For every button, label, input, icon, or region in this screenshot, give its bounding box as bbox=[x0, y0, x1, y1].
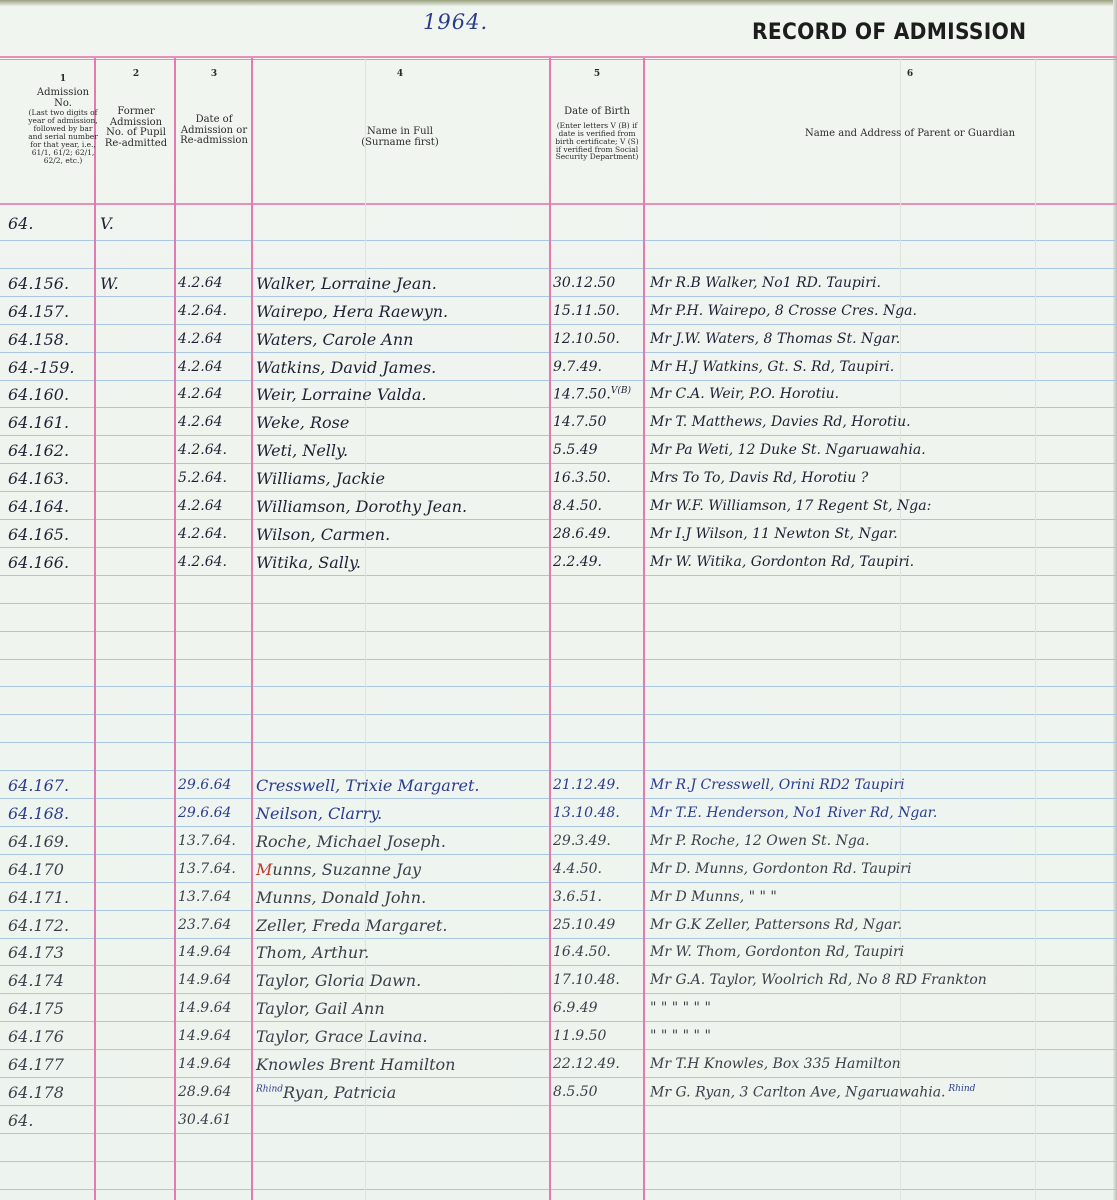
pupil-name: Waters, Carole Ann bbox=[256, 332, 413, 348]
verification-mark: V(B) bbox=[611, 386, 631, 396]
pupil-name: Wairepo, Hera Raewyn. bbox=[256, 304, 448, 320]
admission-date: 4.2.64 bbox=[178, 360, 223, 374]
date-of-birth: 2.2.49. bbox=[553, 555, 602, 569]
ruled-line bbox=[0, 714, 1117, 715]
date-of-birth: 29.3.49. bbox=[553, 834, 611, 848]
ruled-line bbox=[0, 352, 1117, 353]
ruled-line bbox=[0, 854, 1117, 855]
section-admission-prefix: 64. bbox=[8, 216, 33, 232]
date-of-birth: 28.6.49. bbox=[553, 527, 611, 541]
ruled-line bbox=[0, 1105, 1117, 1106]
header-top-rule-2 bbox=[0, 59, 1117, 60]
ruled-line bbox=[0, 1189, 1117, 1190]
header-bottom-rule bbox=[0, 203, 1117, 205]
ruled-line bbox=[0, 296, 1117, 297]
admission-date: 4.2.64. bbox=[178, 555, 227, 569]
parent-guardian: Mr W. Witika, Gordonton Rd, Taupiri. bbox=[650, 555, 914, 569]
parent-guardian: Mr D. Munns, Gordonton Rd. Taupiri bbox=[650, 862, 911, 876]
parent-guardian: Mr G.K Zeller, Pattersons Rd, Ngar. bbox=[650, 918, 902, 932]
pupil-name: Witika, Sally. bbox=[256, 555, 361, 571]
admission-number: 64.165. bbox=[8, 527, 69, 543]
admission-date: 30.4.61 bbox=[178, 1113, 231, 1127]
admission-number: 64.163. bbox=[8, 471, 69, 487]
pupil-name: Zeller, Freda Margaret. bbox=[256, 918, 447, 934]
ruled-line bbox=[0, 1161, 1117, 1162]
ruled-line bbox=[0, 965, 1117, 966]
admission-number: 64.177 bbox=[8, 1057, 64, 1073]
ruled-line bbox=[0, 1049, 1117, 1050]
pupil-name: Munns, Donald John. bbox=[256, 890, 426, 906]
pupil-name: Cresswell, Trixie Margaret. bbox=[256, 778, 479, 794]
column-header-name: 4 Name in Full (Surname first) bbox=[330, 70, 470, 148]
pupil-name: Watkins, David James. bbox=[256, 360, 436, 376]
page-title: RECORD OF ADMISSION bbox=[752, 20, 1026, 45]
admission-number: 64.168. bbox=[8, 806, 69, 822]
admission-number: 64.162. bbox=[8, 443, 69, 459]
pupil-name: RhindRyan, Patricia bbox=[256, 1085, 396, 1101]
admission-number: 64.158. bbox=[8, 332, 69, 348]
admission-date: 4.2.64 bbox=[178, 415, 223, 429]
ruled-line bbox=[0, 1077, 1117, 1078]
page-edge-shadow bbox=[0, 0, 1117, 6]
pupil-name: Weti, Nelly. bbox=[256, 443, 348, 459]
admission-number: 64.172. bbox=[8, 918, 69, 934]
date-of-birth: 11.9.50 bbox=[553, 1029, 606, 1043]
admission-number: 64.157. bbox=[8, 304, 69, 320]
date-of-birth: 9.7.49. bbox=[553, 360, 602, 374]
parent-guardian: " " " " " " bbox=[650, 1001, 711, 1015]
parent-guardian: Mr W.F. Williamson, 17 Regent St, Nga: bbox=[650, 499, 931, 513]
column-header-parent-guardian: 6 Name and Address of Parent or Guardian bbox=[780, 70, 1040, 140]
admission-date: 5.2.64. bbox=[178, 471, 227, 485]
admission-date: 29.6.64 bbox=[178, 806, 231, 820]
admission-date: 13.7.64 bbox=[178, 890, 231, 904]
ruled-line bbox=[0, 1021, 1117, 1022]
date-of-birth: 3.6.51. bbox=[553, 890, 602, 904]
date-of-birth: 6.9.49 bbox=[553, 1001, 598, 1015]
admission-number: 64.176 bbox=[8, 1029, 64, 1045]
column-header-former-admission: 2 Former Admission No. of Pupil Re-admit… bbox=[100, 70, 172, 149]
pupil-name: Neilson, Clarry. bbox=[256, 806, 382, 822]
ruled-line bbox=[0, 380, 1117, 381]
ruled-line bbox=[0, 910, 1117, 911]
date-of-birth: 8.5.50 bbox=[553, 1085, 598, 1099]
parent-guardian: Mr R.J Cresswell, Orini RD2 Taupiri bbox=[650, 778, 905, 792]
admission-number: 64.156. bbox=[8, 276, 69, 292]
date-of-birth: 16.3.50. bbox=[553, 471, 611, 485]
admission-date: 14.9.64 bbox=[178, 1057, 231, 1071]
header-top-rule bbox=[0, 56, 1117, 58]
admission-number: 64.167. bbox=[8, 778, 69, 794]
ruled-line bbox=[0, 770, 1117, 771]
pupil-name: Taylor, Gail Ann bbox=[256, 1001, 385, 1017]
column-divider bbox=[174, 58, 176, 1200]
pupil-name: Weir, Lorraine Valda. bbox=[256, 387, 426, 403]
parent-correction: Rhind bbox=[946, 1084, 976, 1094]
admission-date: 23.7.64 bbox=[178, 918, 231, 932]
column-header-date-admission: 3 Date of Admission or Re-admission bbox=[178, 70, 250, 147]
ruled-line bbox=[0, 407, 1117, 408]
parent-guardian: Mr G. Ryan, 3 Carlton Ave, Ngaruawahia. … bbox=[650, 1085, 975, 1100]
date-of-birth: 21.12.49. bbox=[553, 778, 620, 792]
pupil-name: Munns, Suzanne Jay bbox=[256, 862, 421, 878]
parent-guardian: Mr P. Roche, 12 Owen St. Nga. bbox=[650, 834, 870, 848]
ruled-line bbox=[0, 826, 1117, 827]
admission-number: 64.171. bbox=[8, 890, 69, 906]
admission-number: 64.175 bbox=[8, 1001, 64, 1017]
pupil-name: Knowles Brent Hamilton bbox=[256, 1057, 455, 1073]
date-of-birth: 25.10.49 bbox=[553, 918, 615, 932]
handwritten-year: 1964. bbox=[423, 10, 488, 34]
parent-guardian: Mr T. Matthews, Davies Rd, Horotiu. bbox=[650, 415, 911, 429]
column-divider bbox=[549, 58, 551, 1200]
column-divider bbox=[251, 58, 253, 1200]
date-of-birth: 12.10.50. bbox=[553, 332, 620, 346]
parent-guardian: Mr I.J Wilson, 11 Newton St, Ngar. bbox=[650, 527, 898, 541]
date-of-birth: 16.4.50. bbox=[553, 945, 611, 959]
bleed-through-divider bbox=[1035, 58, 1036, 1200]
parent-guardian: Mrs To To, Davis Rd, Horotiu ? bbox=[650, 471, 868, 485]
admission-date: 4.2.64 bbox=[178, 499, 223, 513]
admission-number: 64.170 bbox=[8, 862, 64, 878]
ruled-line bbox=[0, 742, 1117, 743]
ruled-line bbox=[0, 491, 1117, 492]
register-page: 1964. RECORD OF ADMISSION 1 Admission No… bbox=[0, 0, 1117, 1200]
parent-guardian: Mr C.A. Weir, P.O. Horotiu. bbox=[650, 387, 839, 401]
pupil-name: Williams, Jackie bbox=[256, 471, 385, 487]
parent-guardian: Mr J.W. Waters, 8 Thomas St. Ngar. bbox=[650, 332, 900, 346]
admission-date: 14.9.64 bbox=[178, 973, 231, 987]
parent-guardian: Mr G.A. Taylor, Woolrich Rd, No 8 RD Fra… bbox=[650, 973, 987, 987]
page-right-edge bbox=[1113, 0, 1117, 1200]
admission-number: 64.-159. bbox=[8, 360, 74, 376]
admission-date: 13.7.64. bbox=[178, 834, 236, 848]
date-of-birth: 30.12.50 bbox=[553, 276, 615, 290]
admission-date: 4.2.64. bbox=[178, 304, 227, 318]
column-divider bbox=[94, 58, 96, 1200]
ruled-line bbox=[0, 603, 1117, 604]
bleed-through-divider bbox=[900, 58, 901, 1200]
admission-number: 64. bbox=[8, 1113, 33, 1129]
ruled-line bbox=[0, 519, 1117, 520]
date-of-birth: 13.10.48. bbox=[553, 806, 620, 820]
parent-guardian: Mr T.H Knowles, Box 335 Hamilton bbox=[650, 1057, 901, 1071]
ruled-line bbox=[0, 659, 1117, 660]
date-of-birth: 5.5.49 bbox=[553, 443, 598, 457]
parent-guardian: Mr D Munns, " " " bbox=[650, 890, 777, 904]
admission-number: 64.160. bbox=[8, 387, 69, 403]
admission-date: 28.9.64 bbox=[178, 1085, 231, 1099]
admission-date: 14.9.64 bbox=[178, 1001, 231, 1015]
ruled-line bbox=[0, 547, 1117, 548]
column-divider bbox=[643, 58, 645, 1200]
admission-date: 4.2.64. bbox=[178, 443, 227, 457]
parent-guardian: Mr P.H. Wairepo, 8 Crosse Cres. Nga. bbox=[650, 304, 917, 318]
parent-guardian: Mr R.B Walker, No1 RD. Taupiri. bbox=[650, 276, 881, 290]
section-former-letter: V. bbox=[100, 216, 114, 232]
ruled-line bbox=[0, 324, 1117, 325]
ruled-line bbox=[0, 686, 1117, 687]
admission-number: 64.169. bbox=[8, 834, 69, 850]
ruled-line bbox=[0, 435, 1117, 436]
column-header-date-of-birth: 5 Date of Birth (Enter letters V (B) if … bbox=[552, 70, 642, 161]
ruled-line bbox=[0, 882, 1117, 883]
admission-number: 64.166. bbox=[8, 555, 69, 571]
admission-date: 4.2.64 bbox=[178, 276, 223, 290]
ruled-line bbox=[0, 240, 1117, 241]
date-of-birth: 14.7.50.V(B) bbox=[553, 387, 631, 402]
parent-guardian: " " " " " " bbox=[650, 1029, 711, 1043]
admission-number: 64.174 bbox=[8, 973, 64, 989]
date-of-birth: 17.10.48. bbox=[553, 973, 620, 987]
pupil-name: Wilson, Carmen. bbox=[256, 527, 390, 543]
ruled-line bbox=[0, 993, 1117, 994]
admission-date: 14.9.64 bbox=[178, 1029, 231, 1043]
ruled-line bbox=[0, 268, 1117, 269]
ruled-line bbox=[0, 575, 1117, 576]
parent-guardian: Mr T.E. Henderson, No1 River Rd, Ngar. bbox=[650, 806, 937, 820]
admission-date: 4.2.64. bbox=[178, 527, 227, 541]
admission-number: 64.178 bbox=[8, 1085, 64, 1101]
pupil-name: Taylor, Gloria Dawn. bbox=[256, 973, 421, 989]
ruled-line bbox=[0, 938, 1117, 939]
admission-date: 14.9.64 bbox=[178, 945, 231, 959]
admission-number: 64.173 bbox=[8, 945, 64, 961]
former-admission-number: W. bbox=[100, 276, 119, 292]
admission-date: 13.7.64. bbox=[178, 862, 236, 876]
admission-date: 4.2.64 bbox=[178, 387, 223, 401]
pupil-name: Thom, Arthur. bbox=[256, 945, 369, 961]
ruled-line bbox=[0, 463, 1117, 464]
name-correction: Rhind bbox=[256, 1085, 283, 1095]
ruled-line bbox=[0, 1133, 1117, 1134]
pupil-name: Weke, Rose bbox=[256, 415, 349, 431]
parent-guardian: Mr H.J Watkins, Gt. S. Rd, Taupiri. bbox=[650, 360, 894, 374]
date-of-birth: 4.4.50. bbox=[553, 862, 602, 876]
pupil-name: Roche, Michael Joseph. bbox=[256, 834, 446, 850]
admission-date: 4.2.64 bbox=[178, 332, 223, 346]
date-of-birth: 22.12.49. bbox=[553, 1057, 620, 1071]
pupil-name: Williamson, Dorothy Jean. bbox=[256, 499, 467, 515]
admission-date: 29.6.64 bbox=[178, 778, 231, 792]
ruled-line bbox=[0, 631, 1117, 632]
parent-guardian: Mr Pa Weti, 12 Duke St. Ngaruawahia. bbox=[650, 443, 926, 457]
parent-guardian: Mr W. Thom, Gordonton Rd, Taupiri bbox=[650, 945, 904, 959]
column-header-admission-no: 1 Admission No. (Last two digits of year… bbox=[28, 75, 98, 165]
date-of-birth: 14.7.50 bbox=[553, 415, 606, 429]
pupil-name: Walker, Lorraine Jean. bbox=[256, 276, 437, 292]
date-of-birth: 8.4.50. bbox=[553, 499, 602, 513]
ruled-line bbox=[0, 798, 1117, 799]
date-of-birth: 15.11.50. bbox=[553, 304, 620, 318]
pupil-name: Taylor, Grace Lavina. bbox=[256, 1029, 428, 1045]
admission-number: 64.161. bbox=[8, 415, 69, 431]
admission-number: 64.164. bbox=[8, 499, 69, 515]
